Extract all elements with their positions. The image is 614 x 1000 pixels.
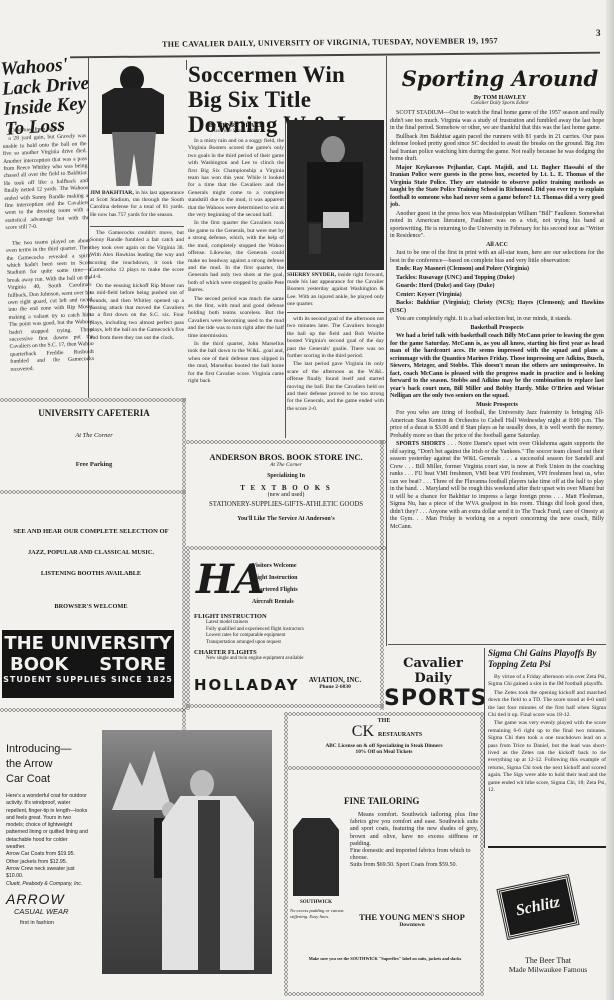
column-divider bbox=[386, 56, 387, 646]
caption-rule bbox=[90, 226, 184, 227]
holladay-details: FLIGHT INSTRUCTION Latest model trainers… bbox=[194, 614, 378, 663]
ck-ad: THE CK RESTAURANTS ABC License on & off … bbox=[290, 718, 478, 755]
all-acc-item: Backs: Bakhtiar (Virginia); Christy (NCS… bbox=[390, 300, 604, 315]
holladay-phone: Phone 2-6030 bbox=[290, 684, 380, 690]
cafeteria-name: UNIVERSITY CAFETERIA bbox=[4, 408, 184, 418]
sigma-chi-body: By virtue of a Friday afternoon win over… bbox=[488, 674, 606, 796]
sporting-byline-title: Cavalier Daily Sports Editor bbox=[400, 101, 600, 106]
column-divider bbox=[285, 116, 286, 438]
ad-border bbox=[186, 546, 386, 550]
snyder-caption: SHERRY SNYDER, inside right forward, mad… bbox=[287, 272, 384, 308]
sporting-byline: By TOM HAWLEY bbox=[400, 94, 600, 101]
column-divider bbox=[484, 648, 485, 848]
bakhtiar-photo bbox=[92, 62, 178, 188]
anderson-ad: ANDERSON BROS. BOOK STORE INC. At The Co… bbox=[190, 452, 382, 522]
ad-border bbox=[284, 992, 484, 996]
ad-border bbox=[186, 704, 384, 708]
sports-shorts-label: SPORTS SHORTS bbox=[396, 441, 445, 447]
arrow-logo: ARROW bbox=[6, 891, 88, 907]
suit-jacket-illustration bbox=[293, 818, 339, 896]
ad-border bbox=[186, 440, 386, 444]
basketball-heading: Basketball Prospects bbox=[390, 325, 604, 333]
southwick-brand: SOUTHWICK bbox=[290, 900, 342, 905]
ad-border bbox=[0, 490, 186, 494]
soccer-continued: with its second goal of the afternoon no… bbox=[287, 316, 384, 414]
cafeteria-feature: Free Parking bbox=[4, 461, 184, 468]
wahoos-story-body: (Continued from page 1) a 28 yard gain, … bbox=[2, 125, 95, 375]
soccer-byline: By HENRY DRAKE bbox=[188, 122, 284, 129]
schlitz-tagline: The Beer That Made Milwaukee Famous bbox=[484, 956, 612, 974]
all-acc-item: Center: Keyser (Virginia) bbox=[390, 292, 604, 300]
soccer-byline-block: By HENRY DRAKE Associate Sports Editor bbox=[188, 122, 284, 134]
caption-rule bbox=[287, 312, 384, 313]
ck-logo: CK bbox=[352, 723, 374, 740]
newspaper-page: THE CAVALIER DAILY, UNIVERSITY OF VIRGIN… bbox=[0, 0, 614, 1000]
cavalier-sports-logo: Cavalier Daily SPORTS bbox=[384, 648, 482, 720]
soccer-byline-title: Associate Sports Editor bbox=[188, 129, 284, 134]
anderson-name: ANDERSON BROS. BOOK STORE INC. bbox=[190, 452, 382, 462]
cafeteria-ad: UNIVERSITY CAFETERIA At The Corner Free … bbox=[4, 406, 184, 468]
sporting-around-headline: Sporting Around bbox=[400, 66, 600, 91]
column-divider bbox=[186, 60, 187, 70]
cafeteria-location: At The Corner bbox=[4, 432, 184, 439]
ad-border bbox=[380, 440, 384, 710]
ad-border bbox=[284, 712, 484, 716]
page-edge bbox=[606, 0, 614, 1000]
page-number: 3 bbox=[596, 28, 601, 38]
bakhtiar-caption: JIM BAKHTIAR, in his last appearance at … bbox=[90, 190, 184, 219]
ad-border bbox=[288, 766, 480, 770]
arrow-car-coat-illustration bbox=[102, 730, 272, 974]
ad-border bbox=[186, 550, 190, 710]
ad-border bbox=[0, 708, 186, 712]
soccer-story-body: In a misty rain and on a soggy field, th… bbox=[188, 138, 284, 386]
ad-border bbox=[480, 712, 484, 994]
holladay-features: Visitors Welcome Flight Instruction Char… bbox=[252, 560, 372, 608]
tailoring-heading: FINE TAILORING bbox=[344, 796, 419, 806]
all-acc-heading: All ACC bbox=[390, 242, 604, 250]
schlitz-logo: Schlitz bbox=[498, 875, 579, 939]
sporting-around-body: SCOTT STADIUM—Out to watch the final hom… bbox=[390, 110, 604, 532]
all-acc-item: Guards: Hord (Duke) and Guy (Duke) bbox=[390, 283, 604, 291]
young-mens-shop: THE YOUNG MEN'S SHOP Downtown bbox=[346, 912, 478, 928]
ad-border bbox=[284, 712, 288, 994]
section-rule bbox=[388, 644, 606, 645]
holladay-company: AVIATION, INC. Phone 2-6030 bbox=[290, 676, 380, 690]
holladay-name: HOLLADAY bbox=[194, 676, 300, 694]
sporting-byline-block: By TOM HAWLEY Cavalier Daily Sports Edit… bbox=[400, 94, 600, 106]
university-bookstore-logo: THE UNIVERSITY BOOK STORE STUDENT SUPPLI… bbox=[2, 630, 174, 698]
arrow-ad: Introducing— the Arrow Car Coat Here's a… bbox=[6, 742, 88, 926]
southwick-caption: No excess padding or canvas stiffening. … bbox=[290, 908, 344, 920]
all-acc-item: Ends: Ray Masneri (Clemson) and Polzer (… bbox=[390, 266, 604, 274]
bookstore-ad: SEE AND HEAR OUR COMPLETE SELECTION OF J… bbox=[0, 528, 182, 610]
sigma-chi-headline: Sigma Chi Gains Playoffs By Topping Zeta… bbox=[488, 648, 606, 670]
music-heading: Music Prospects bbox=[390, 402, 604, 410]
tailoring-footer: Make sure you see the SOUTHWICK "Superfl… bbox=[292, 954, 478, 964]
wahoos-continued: The Gamecocks couldn't move, but Sonny R… bbox=[90, 230, 184, 343]
ad-border bbox=[0, 398, 186, 402]
all-acc-item: Tackles: Rusavage (UNC) and Topping (Duk… bbox=[390, 275, 604, 283]
snyder-photo bbox=[287, 120, 384, 270]
section-rule bbox=[488, 846, 606, 848]
tailoring-body: Means comfort. Southwick tailoring plus … bbox=[350, 812, 478, 870]
